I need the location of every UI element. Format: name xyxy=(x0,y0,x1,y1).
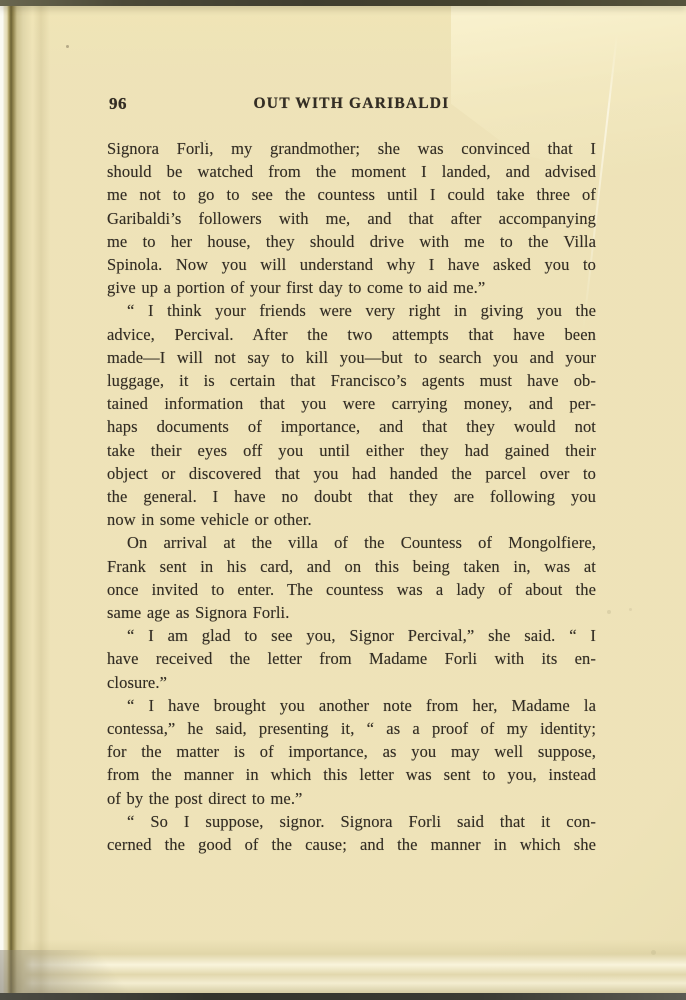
text-line: me to her house, they should drive with … xyxy=(107,230,596,253)
text-line: “ I am glad to see you, Signor Percival,… xyxy=(107,624,596,647)
text-line: advice, Percival. After the two attempts… xyxy=(107,323,596,346)
paragraph: On arrival at the villa of the Countess … xyxy=(107,531,596,624)
paper-speck xyxy=(629,608,632,611)
text-line: should be watched from the moment I land… xyxy=(107,160,596,183)
text-line: “ I think your friends were very right i… xyxy=(107,299,596,322)
text-line: cerned the good of the cause; and the ma… xyxy=(107,833,596,856)
running-header: 96 OUT WITH GARIBALDI xyxy=(107,94,596,113)
paragraph: “ I think your friends were very right i… xyxy=(107,299,596,531)
text-line: of by the post direct to me.” xyxy=(107,787,596,810)
text-line: haps documents of importance, and that t… xyxy=(107,415,596,438)
text-line: now in some vehicle or other. xyxy=(107,508,596,531)
text-line: “ So I suppose, signor. Signora Forli sa… xyxy=(107,810,596,833)
text-line: give up a portion of your first day to c… xyxy=(107,276,596,299)
text-line: object or discovered that you had handed… xyxy=(107,462,596,485)
text-line: from the manner in which this letter was… xyxy=(107,763,596,786)
text-line: On arrival at the villa of the Countess … xyxy=(107,531,596,554)
text-line: tained information that you were carryin… xyxy=(107,392,596,415)
page-content: 96 OUT WITH GARIBALDI Signora Forli, my … xyxy=(107,94,596,856)
text-line: Signora Forli, my grandmother; she was c… xyxy=(107,137,596,160)
text-line: made—I will not say to kill you—but to s… xyxy=(107,346,596,369)
text-line: for the matter is of importance, as you … xyxy=(107,740,596,763)
text-line: once invited to enter. The countess was … xyxy=(107,578,596,601)
paragraph: “ So I suppose, signor. Signora Forli sa… xyxy=(107,810,596,856)
paper-speck xyxy=(607,610,611,614)
text-line: me not to go to see the countess until I… xyxy=(107,183,596,206)
scanner-edge-top xyxy=(0,0,686,6)
text-line: contessa,” he said, presenting it, “ as … xyxy=(107,717,596,740)
text-line: “ I have brought you another note from h… xyxy=(107,694,596,717)
book-page-scan: 96 OUT WITH GARIBALDI Signora Forli, my … xyxy=(0,0,686,1000)
paragraph: “ I am glad to see you, Signor Percival,… xyxy=(107,624,596,694)
book-spine-edge xyxy=(0,0,54,1000)
text-line: luggage, it is certain that Francisco’s … xyxy=(107,369,596,392)
text-line: closure.” xyxy=(107,671,596,694)
text-line: the general. I have no doubt that they a… xyxy=(107,485,596,508)
corner-shadow-bottom-left xyxy=(0,950,178,994)
paragraph: “ I have brought you another note from h… xyxy=(107,694,596,810)
text-line: Garibaldi’s followers with me, and that … xyxy=(107,207,596,230)
text-line: Frank sent in his card, and on this bein… xyxy=(107,555,596,578)
paragraph: Signora Forli, my grandmother; she was c… xyxy=(107,137,596,299)
scanner-edge-bottom xyxy=(0,993,686,1000)
text-line: Spinola. Now you will understand why I h… xyxy=(107,253,596,276)
text-line: take their eyes off you until either the… xyxy=(107,439,596,462)
text-line: same age as Signora Forli. xyxy=(107,601,596,624)
running-title: OUT WITH GARIBALDI xyxy=(107,95,596,113)
paper-speck xyxy=(66,45,69,48)
text-line: have received the letter from Madame For… xyxy=(107,647,596,670)
page-body: Signora Forli, my grandmother; she was c… xyxy=(107,137,596,856)
